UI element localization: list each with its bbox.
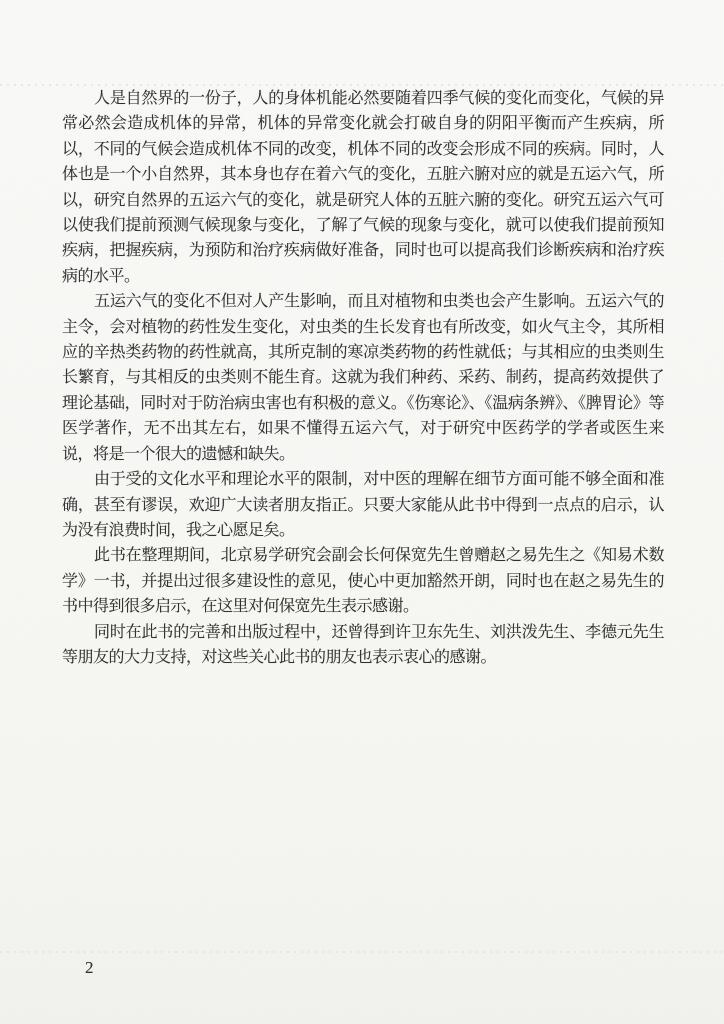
- paragraph-5: 同时在此书的完善和出版过程中，还曾得到许卫东先生、刘洪泼先生、李德元先生等朋友的…: [62, 620, 664, 671]
- page-body-text: 人是自然界的一份子，人的身体机能必然要随着四季气候的变化而变化，气候的异常必然会…: [62, 86, 664, 670]
- paragraph-3: 由于受的文化水平和理论水平的限制，对中医的理解在细节方面可能不够全面和准确，甚至…: [62, 467, 664, 543]
- paragraph-2: 五运六气的变化不但对人产生影响，而且对植物和虫类也会产生影响。五运六气的主令，会…: [62, 289, 664, 467]
- page-number: 2: [85, 958, 94, 978]
- scanned-book-page: 人是自然界的一份子，人的身体机能必然要随着四季气候的变化而变化，气候的异常必然会…: [0, 0, 724, 1024]
- scan-artifact-speckle-line-bottom: [0, 951, 724, 953]
- paragraph-4: 此书在整理期间，北京易学研究会副会长何保宽先生曾赠赵之易先生之《知易术数学》一书…: [62, 543, 664, 619]
- paragraph-1: 人是自然界的一份子，人的身体机能必然要随着四季气候的变化而变化，气候的异常必然会…: [62, 86, 664, 289]
